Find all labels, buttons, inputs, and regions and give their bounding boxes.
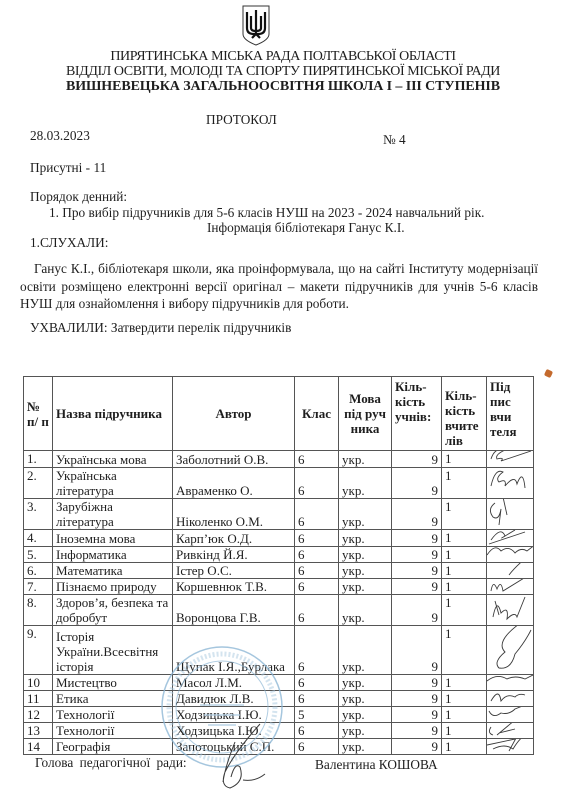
textbook-language: укр. — [339, 739, 392, 755]
protocol-date: 28.03.2023 — [30, 128, 90, 144]
students-count: 9 — [392, 547, 442, 563]
teacher-signature — [487, 579, 534, 595]
textbook-title: Здоров’я, безпека та добробут — [53, 595, 173, 626]
grade: 6 — [295, 579, 339, 595]
row-number: 14 — [24, 739, 53, 755]
textbook-author: Карп’юк О.Д. — [173, 530, 295, 547]
teachers-count: 1 — [442, 723, 487, 739]
teacher-signature — [487, 675, 534, 691]
handwritten-signature-icon — [487, 530, 534, 544]
textbooks-table: № п/ п Назва підручника Автор Клас Мова … — [23, 376, 534, 755]
grade: 6 — [295, 563, 339, 579]
students-count: 9 — [392, 451, 442, 468]
teacher-signature — [487, 707, 534, 723]
table-header-row: № п/ п Назва підручника Автор Клас Мова … — [24, 377, 534, 451]
textbook-language: укр. — [339, 707, 392, 723]
agenda-item-1-speaker: Інформація бібліотекаря Ганус К.І. — [207, 220, 405, 236]
grade: 6 — [295, 547, 339, 563]
handwritten-signature-icon — [487, 691, 534, 704]
textbook-title: Мистецтво — [53, 675, 173, 691]
handwritten-signature-icon — [487, 499, 534, 527]
students-count: 9 — [392, 626, 442, 675]
teachers-count: 1 — [442, 468, 487, 499]
grade: 6 — [295, 723, 339, 739]
handwritten-signature-icon — [487, 675, 534, 688]
textbook-title: Етика — [53, 691, 173, 707]
textbook-language: укр. — [339, 579, 392, 595]
table-row: 12ТехнологіїХодзицька І.Ю.5укр.91 — [24, 707, 534, 723]
textbook-language: укр. — [339, 595, 392, 626]
teachers-count: 1 — [442, 547, 487, 563]
teachers-count: 1 — [442, 563, 487, 579]
textbook-author: Коршевнюк Т.В. — [173, 579, 295, 595]
teachers-count: 1 — [442, 595, 487, 626]
heard-label: 1.СЛУХАЛИ: — [30, 235, 108, 251]
textbook-author: Ніколенко О.М. — [173, 499, 295, 530]
col-header-author: Автор — [173, 377, 295, 451]
textbook-author: Істер О.С. — [173, 563, 295, 579]
textbook-title: Математика — [53, 563, 173, 579]
teachers-count: 1 — [442, 499, 487, 530]
row-number: 13 — [24, 723, 53, 739]
resolved-text: УХВАЛИЛИ: Затвердити перелік підручників — [30, 320, 291, 336]
table-row: 2.Українська літератураАвраменко О.6укр.… — [24, 468, 534, 499]
attendance-count: Присутні - 11 — [30, 160, 106, 176]
table-row: 4.Іноземна моваКарп’юк О.Д.6укр.91 — [24, 530, 534, 547]
textbook-author: Щупак І.Я.,Бурлака — [173, 626, 295, 675]
students-count: 9 — [392, 675, 442, 691]
col-header-language: Мова під руч ника — [339, 377, 392, 451]
students-count: 9 — [392, 707, 442, 723]
textbook-title: Українська література — [53, 468, 173, 499]
document-title: ПРОТОКОЛ — [206, 112, 277, 128]
students-count: 9 — [392, 739, 442, 755]
handwritten-signature-icon — [487, 579, 534, 592]
handwritten-signature-icon — [487, 707, 534, 720]
textbook-language: укр. — [339, 530, 392, 547]
textbook-title: Географія — [53, 739, 173, 755]
textbook-author: Воронцова Г.В. — [173, 595, 295, 626]
row-number: 5. — [24, 547, 53, 563]
textbook-language: укр. — [339, 547, 392, 563]
students-count: 9 — [392, 468, 442, 499]
row-number: 11 — [24, 691, 53, 707]
col-header-teachers: Кіль- кість вчите лів — [442, 377, 487, 451]
textbook-author: Авраменко О. — [173, 468, 295, 499]
teacher-signature — [487, 691, 534, 707]
table-row: 8.Здоров’я, безпека та добробутВоронцова… — [24, 595, 534, 626]
col-header-title: Назва підручника — [53, 377, 173, 451]
grade: 6 — [295, 468, 339, 499]
table-row: 9.Історія України.Всесвітня історіяЩупак… — [24, 626, 534, 675]
table-row: 6.МатематикаІстер О.С.6укр.91 — [24, 563, 534, 579]
textbook-language: укр. — [339, 468, 392, 499]
handwritten-signature-icon — [487, 468, 534, 496]
textbook-language: укр. — [339, 451, 392, 468]
row-number: 3. — [24, 499, 53, 530]
textbook-author: Масол Л.М. — [173, 675, 295, 691]
handwritten-signature-icon — [487, 626, 534, 672]
textbook-author: Ривкінд Й.Я. — [173, 547, 295, 563]
students-count: 9 — [392, 723, 442, 739]
textbook-language: укр. — [339, 563, 392, 579]
table-row: 3.Зарубіжна літератураНіколенко О.М.6укр… — [24, 499, 534, 530]
grade: 6 — [295, 739, 339, 755]
protocol-number: № 4 — [383, 132, 406, 148]
agenda-label: Порядок денний: — [30, 189, 127, 205]
handwritten-signature-icon — [487, 451, 534, 465]
textbook-language: укр. — [339, 499, 392, 530]
teacher-signature — [487, 563, 534, 579]
teachers-count: 1 — [442, 739, 487, 755]
handwritten-signature-icon — [487, 547, 534, 560]
teachers-count: 1 — [442, 579, 487, 595]
row-number: 9. — [24, 626, 53, 675]
teachers-count: 1 — [442, 451, 487, 468]
table-row: 13ТехнологіїХодзицька І.Ю.6укр.91 — [24, 723, 534, 739]
council-name: ПИРЯТИНСЬКА МІСЬКА РАДА ПОЛТАВСЬКОЇ ОБЛА… — [0, 49, 566, 65]
grade: 6 — [295, 499, 339, 530]
teacher-signature — [487, 595, 534, 626]
textbook-title: Технології — [53, 723, 173, 739]
row-number: 12 — [24, 707, 53, 723]
grade: 6 — [295, 675, 339, 691]
grade: 6 — [295, 691, 339, 707]
students-count: 9 — [392, 563, 442, 579]
students-count: 9 — [392, 579, 442, 595]
teacher-signature — [487, 626, 534, 675]
teacher-signature — [487, 530, 534, 547]
row-number: 8. — [24, 595, 53, 626]
col-header-number: № п/ п — [24, 377, 53, 451]
table-row: 7.Пізнаємо природуКоршевнюк Т.В.6укр.91 — [24, 579, 534, 595]
teachers-count: 1 — [442, 707, 487, 723]
corner-mark — [544, 369, 553, 378]
chair-label: Голова педагогічної ради: — [35, 755, 187, 771]
grade: 6 — [295, 530, 339, 547]
textbook-title: Іноземна мова — [53, 530, 173, 547]
students-count: 9 — [392, 691, 442, 707]
textbook-title: Українська мова — [53, 451, 173, 468]
teachers-count: 1 — [442, 626, 487, 675]
grade: 6 — [295, 451, 339, 468]
textbook-language: укр. — [339, 675, 392, 691]
row-number: 1. — [24, 451, 53, 468]
textbook-author: Ходзицька І.Ю. — [173, 723, 295, 739]
textbook-title: Історія України.Всесвітня історія — [53, 626, 173, 675]
col-header-grade: Клас — [295, 377, 339, 451]
textbook-title: Технології — [53, 707, 173, 723]
agenda-item-1: 1. Про вибір підручників для 5-6 класів … — [49, 205, 485, 221]
handwritten-signature-icon — [487, 563, 534, 576]
table-row: 11ЕтикаДавидюк Л.В.6укр.91 — [24, 691, 534, 707]
coat-of-arms-trident-icon — [241, 4, 271, 46]
grade: 6 — [295, 595, 339, 626]
teacher-signature — [487, 547, 534, 563]
students-count: 9 — [392, 499, 442, 530]
col-header-students: Кіль- кість учнів: — [392, 377, 442, 451]
textbook-language: укр. — [339, 626, 392, 675]
teacher-signature — [487, 739, 534, 755]
textbook-author: Давидюк Л.В. — [173, 691, 295, 707]
table-row: 1.Українська моваЗаболотний О.В.6укр.91 — [24, 451, 534, 468]
table-row: 14ГеографіяЗапотоцький С.П.6укр.91 — [24, 739, 534, 755]
textbook-title: Зарубіжна література — [53, 499, 173, 530]
teacher-signature — [487, 468, 534, 499]
students-count: 9 — [392, 530, 442, 547]
teacher-signature — [487, 451, 534, 468]
school-name: ВИШНЕВЕЦЬКА ЗАГАЛЬНООСВІТНЯ ШКОЛА І – ІІ… — [0, 79, 566, 95]
row-number: 4. — [24, 530, 53, 547]
handwritten-signature-icon — [487, 595, 534, 622]
row-number: 6. — [24, 563, 53, 579]
grade: 5 — [295, 707, 339, 723]
row-number: 2. — [24, 468, 53, 499]
table-row: 10МистецтвоМасол Л.М.6укр.91 — [24, 675, 534, 691]
handwritten-signature-icon — [487, 723, 534, 736]
chair-name: Валентина КОШОВА — [315, 757, 438, 773]
teacher-signature — [487, 499, 534, 530]
textbook-title: Пізнаємо природу — [53, 579, 173, 595]
table-row: 5.ІнформатикаРивкінд Й.Я.6укр.91 — [24, 547, 534, 563]
teachers-count: 1 — [442, 675, 487, 691]
teachers-count: 1 — [442, 691, 487, 707]
teacher-signature — [487, 723, 534, 739]
row-number: 7. — [24, 579, 53, 595]
department-name: ВІДДІЛ ОСВІТИ, МОЛОДІ ТА СПОРТУ ПИРЯТИНС… — [0, 64, 566, 80]
textbook-author: Запотоцький С.П. — [173, 739, 295, 755]
textbook-language: укр. — [339, 691, 392, 707]
grade: 6 — [295, 626, 339, 675]
students-count: 9 — [392, 595, 442, 626]
row-number: 10 — [24, 675, 53, 691]
col-header-signature: Під пис вчи теля — [487, 377, 534, 451]
textbook-title: Інформатика — [53, 547, 173, 563]
handwritten-signature-icon — [487, 739, 534, 752]
heard-text: Ганус К.І., бібліотекаря школи, яка проі… — [20, 260, 538, 313]
textbook-author: Заболотний О.В. — [173, 451, 295, 468]
textbook-author: Ходзицька І.Ю. — [173, 707, 295, 723]
teachers-count: 1 — [442, 530, 487, 547]
textbook-language: укр. — [339, 723, 392, 739]
